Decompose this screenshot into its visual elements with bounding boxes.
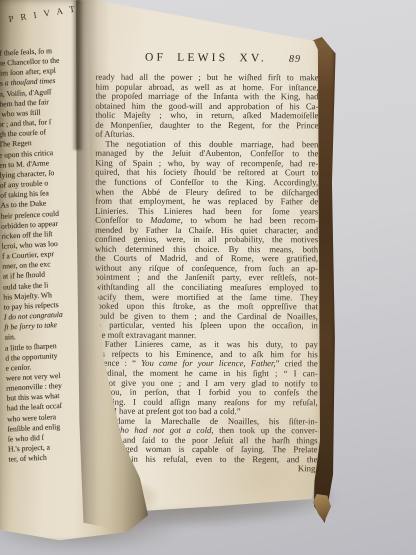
page-number: 89 (289, 54, 301, 65)
text-segment: them had the fair (0, 97, 49, 109)
text-segment: King, (298, 464, 318, 474)
running-title: OF LEWIS XV. (95, 51, 317, 65)
text-segment: ter, of which (8, 453, 47, 464)
text-segment: e cenſor. (5, 362, 31, 372)
page-text: ready had all the power ; but he wiſhed … (94, 73, 318, 475)
text-segment: ſenſible and enlig (7, 422, 60, 434)
text-segment: ſe who did ſ (8, 433, 44, 444)
italic-text-segment: Madame (150, 215, 180, 225)
italic-text-segment: ſt be ſorry to take (4, 320, 57, 332)
book-photo: OF LEWIS XV. 89 ready had all the power … (0, 0, 416, 555)
gutter-slit-shadow (72, 0, 84, 150)
text-segment: of Aſturias. (95, 129, 134, 139)
text-segment: at if he ſhould (3, 270, 46, 281)
text-segment: The Regen (0, 139, 32, 150)
page-header: OF LEWIS XV. 89 (95, 52, 317, 68)
text-segment: d the opportunity (5, 351, 58, 363)
text-segment: ain. (4, 332, 15, 342)
text-segment: gh the courſe of (0, 128, 46, 139)
text-segment: H.'s project, a (8, 443, 50, 454)
